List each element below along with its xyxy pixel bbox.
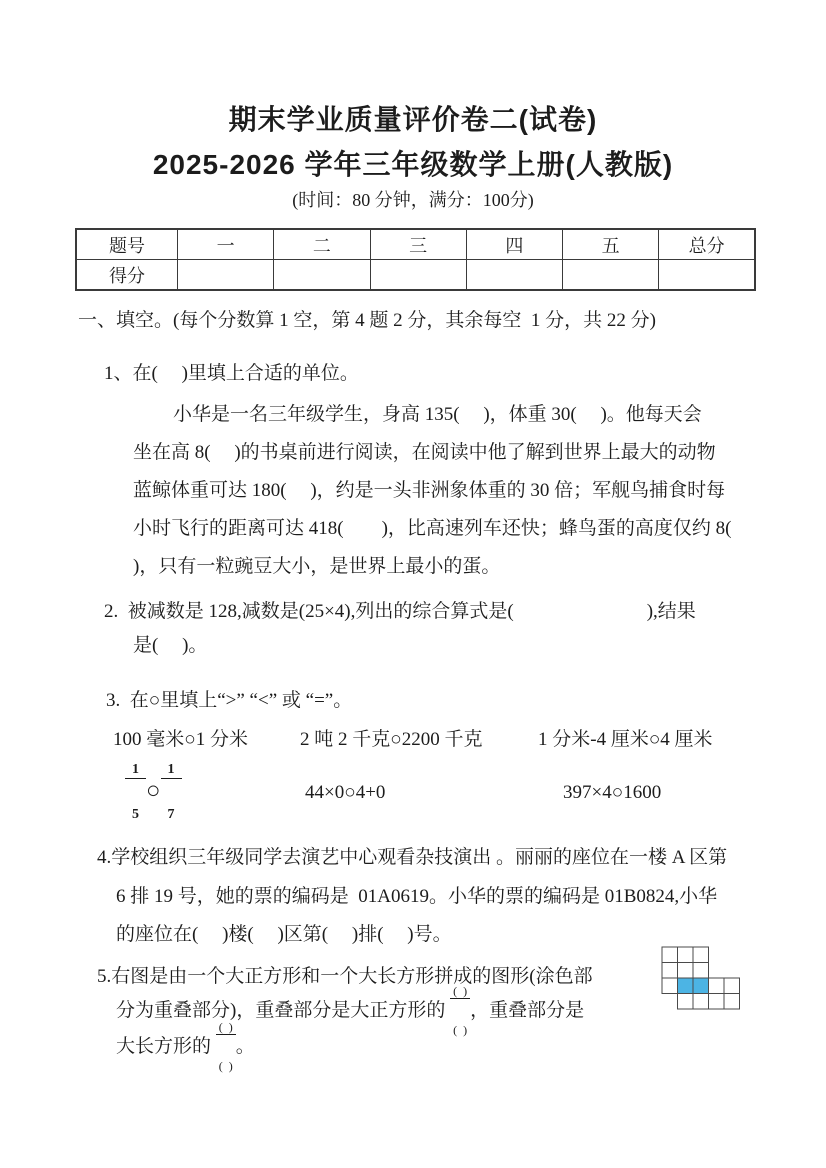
q3-item-5: 44×0○4+0: [305, 783, 385, 802]
q5-line-1: 5.右图是由一个大正方形和一个大长方形拼成的图形(涂色部: [97, 967, 593, 986]
q1-line-2: 坐在高 8( )的书桌前进行阅读，在阅读中他了解到世界上最大的动物: [133, 443, 716, 462]
score-table-col-3: 三: [370, 229, 466, 260]
q3-item-6: 397×4○1600: [563, 783, 661, 802]
doc-meta: (时间：80 分钟，满分：100分): [0, 191, 826, 209]
overlap-shaded-cells: [678, 978, 709, 994]
score-table-col-4: 四: [466, 229, 562, 260]
q5-line-2: 分为重叠部分)，重叠部分是大正方形的 ( ) ( ) ，重叠部分是: [116, 992, 584, 1028]
overlap-grid-figure: [661, 946, 742, 1011]
score-table-score-row: 得分: [76, 260, 755, 291]
overlap-cell: [693, 978, 709, 994]
score-cell-empty: [178, 260, 274, 291]
q5-line-3-text: 大长方形的: [116, 1037, 216, 1056]
doc-title: 期末学业质量评价卷二(试卷): [0, 106, 826, 134]
q5-line-2-text: 分为重叠部分)，重叠部分是大正方形的: [116, 1001, 450, 1020]
q1-line-3: 蓝鲸体重可达 180( )，约是一头非洲象体重的 30 倍；军舰鸟捕食时每: [133, 481, 725, 500]
exam-paper-page: 期末学业质量评价卷二(试卷) 2025-2026 学年三年级数学上册(人教版) …: [0, 0, 826, 1168]
score-table: 题号 一 二 三 四 五 总分 得分: [75, 228, 756, 291]
q2-line-1: 2. 被减数是 128,减数是(25×4),列出的综合算式是( ),结果: [104, 602, 696, 621]
q5-line-3: 大长方形的 ( ) ( ) 。: [116, 1028, 255, 1064]
section-1-heading: 一、填空。(每个分数算 1 空，第 4 题 2 分，其余每空 1 分，共 22 …: [78, 311, 656, 330]
q3-stem: 3. 在○里填上“>” “<” 或 “=”。: [106, 691, 352, 710]
score-table-label-score: 得分: [76, 260, 178, 291]
q1-line-5: )，只有一粒豌豆大小，是世界上最小的蛋。: [133, 557, 500, 576]
score-cell-empty: [466, 260, 562, 291]
q5-blank-fraction-square: ( ) ( ): [450, 961, 470, 1060]
score-table-col-2: 二: [274, 229, 370, 260]
q1-line-4: 小时飞行的距离可达 418( )，比高速列车还快；蜂鸟蛋的高度仅约 8(: [133, 519, 731, 538]
score-cell-empty: [370, 260, 466, 291]
q1-stem: 1、在( )里填上合适的单位。: [104, 364, 359, 383]
score-table-header-row: 题号 一 二 三 四 五 总分: [76, 229, 755, 260]
q4-line-3: 的座位在( )楼( )区第( )排( )号。: [116, 925, 452, 944]
compare-circle-icon: ○: [146, 779, 161, 803]
score-cell-empty: [563, 260, 659, 291]
fraction-one-seventh: 1 7: [161, 735, 182, 850]
q4-line-2: 6 排 19 号，她的票的编码是 01A0619。小华的票的编码是 01B082…: [116, 887, 717, 906]
score-table-col-total: 总分: [659, 229, 755, 260]
doc-subtitle: 2025-2026 学年三年级数学上册(人教版): [0, 151, 826, 179]
score-table-col-1: 一: [178, 229, 274, 260]
q4-line-1: 4.学校组织三年级同学去演艺中心观看杂技演出 。丽丽的座位在一楼 A 区第: [97, 848, 727, 867]
q3-fraction-compare: 1 5 ○ 1 7: [125, 773, 182, 811]
q3-item-3: 1 分米-4 厘米○4 厘米: [538, 730, 713, 749]
fraction-one-fifth: 1 5: [125, 735, 146, 850]
q2-line-2: 是( )。: [133, 636, 207, 655]
score-cell-empty: [274, 260, 370, 291]
score-table-label-question-number: 题号: [76, 229, 178, 260]
q5-line-2-text-after: ，重叠部分是: [470, 1001, 584, 1020]
score-cell-empty: [659, 260, 755, 291]
q1-line-1: 小华是一名三年级学生，身高 135( )，体重 30( )。他每天会: [173, 405, 702, 424]
q3-item-2: 2 吨 2 千克○2200 千克: [300, 730, 482, 749]
q5-blank-fraction-rectangle: ( ) ( ): [216, 997, 236, 1096]
score-table-col-5: 五: [563, 229, 659, 260]
overlap-cell: [678, 978, 694, 994]
q5-line-3-text-after: 。: [236, 1037, 255, 1056]
